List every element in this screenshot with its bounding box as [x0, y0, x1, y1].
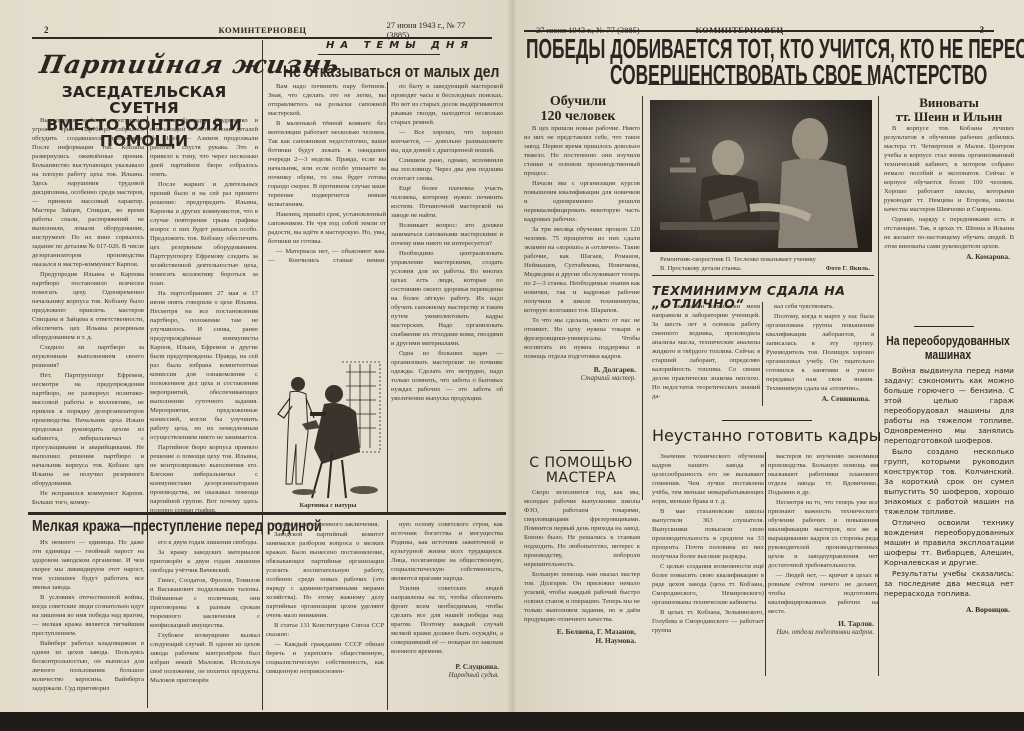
author-signature: В. Долгарев.	[524, 365, 640, 374]
paragraph: — Каждый гражданин СССР обязан беречь и …	[266, 640, 384, 676]
paragraph: Одна из больших задач — организовать мас…	[391, 349, 503, 403]
article-separator	[914, 326, 974, 327]
author-signature-line-2: Н. Наумова.	[524, 636, 640, 645]
caption-line: Ремонтник-скоростник П. Тесленко показыв…	[660, 256, 870, 265]
paragraph: В условиях отечественной войны, когда со…	[32, 593, 144, 638]
headline-line: На переоборудованных	[884, 334, 1012, 348]
article3-column-2: его к двум годам лишения свободы. За кра…	[150, 538, 260, 710]
paragraph: В цех пришли новые рабочие. Никто из них…	[524, 124, 640, 178]
paragraph: мастеров по изучению экономики производс…	[768, 452, 878, 497]
column-divider	[765, 452, 766, 676]
article4-column-1: Значение технического обучения кадров на…	[652, 452, 764, 710]
page-3: 27 июня 1943 г., № 77 (3885) КОМИНТЕРНОВ…	[512, 0, 1024, 712]
page-2: 2 КОМИНТЕРНОВЕЦ 27 июня 1943 г., № 77 (3…	[0, 0, 512, 712]
column-divider	[387, 520, 388, 710]
article3-headline: С ПОМОЩЬЮ МАСТЕРА	[522, 456, 640, 485]
article5-headline: Виноваты тт. Шеин и Ильин	[882, 96, 1016, 125]
author-signature: А. Сенникова.	[766, 394, 874, 403]
paragraph: — Материала нет, — объясняют вам. — Конч…	[268, 247, 386, 262]
section-rule	[28, 512, 506, 515]
column-divider	[878, 96, 879, 676]
paragraph: За три месяца обучение прошло 120 челове…	[524, 225, 640, 315]
article1-headline: Обучили 120 человек	[522, 94, 634, 125]
article6-headline: На переоборудованных машинах	[884, 334, 1012, 362]
paragraph: Скоро исполнится год, как мы, молодые ра…	[524, 488, 640, 569]
headline-line: МАСТЕРА	[522, 471, 640, 486]
column-divider	[262, 520, 263, 710]
paragraph: вал себя чувствовать.	[766, 302, 874, 311]
column-divider	[642, 96, 643, 500]
article2-column-2: по быту и заведующий мастерской проводят…	[391, 82, 503, 514]
rubric-label: НА ТЕМЫ ДНЯ	[326, 40, 474, 51]
paragraph: Наконец, пришёл срок, установленный сапо…	[268, 210, 386, 246]
paragraph: Вайнберг работал кладовщиком в одном из …	[32, 639, 144, 693]
column-divider	[147, 538, 148, 708]
article4-headline: Неустанно готовить кадры	[652, 428, 876, 445]
author-signature-line-1: Е. Беляева, Г. Мазанов,	[524, 627, 640, 636]
headline-line: Обучили	[522, 94, 634, 109]
paragraph: В корпусе тов. Кобзана лучших результато…	[884, 124, 1014, 214]
author-signature: А. Воронцов.	[884, 605, 1014, 615]
rubric-rule	[318, 54, 440, 55]
banner-line-2: СОВЕРШЕНСТВОВАТЬ СВОЕ МАСТЕРСТВО	[610, 60, 987, 90]
article3-column-4: ную основу советского строя, как источни…	[391, 520, 503, 710]
paragraph: В цехах тт. Кобзана, Зельвинского, Голуб…	[652, 608, 764, 635]
illustration-caption: Картинка с натуры	[272, 502, 384, 511]
banner-underline	[648, 84, 874, 85]
paragraph: по быту и заведующий мастерской проводят…	[391, 82, 503, 127]
paragraph: Поэтому, когда в марте у нас была органи…	[766, 312, 874, 393]
paragraph: Слишком рано, однако, вспомнили вы посло…	[391, 156, 503, 183]
paragraph: Большую помощь нам оказал мастер тов. До…	[524, 570, 640, 624]
paragraph: Вам надо починить пару ботинок. Зная, чт…	[268, 82, 386, 118]
paragraph: Было создано несколько групп, которыми р…	[884, 447, 1014, 517]
paragraph: Начали мы с организации курсов повышения…	[524, 179, 640, 224]
paragraph: ную основу советского строя, как источни…	[391, 520, 503, 583]
article4-column-2: мастеров по изучению экономики производс…	[768, 452, 878, 710]
paragraph: По окончании семилетки меня направили в …	[652, 302, 760, 401]
author-title: Народный судья.	[391, 671, 503, 680]
newspaper-spread: 2 КОМИНТЕРНОВЕЦ 27 июня 1943 г., № 77 (3…	[0, 0, 1024, 712]
paragraph: Нет. Партгруппорг Ефремов, несмотря на п…	[32, 371, 144, 488]
paragraph: нисты бригадир Подрезенко и отвечающий з…	[150, 116, 258, 179]
paragraph: Несмотря на то, что теперь уже все призн…	[768, 498, 878, 570]
paragraph: На партсобраниях 27 мая и 17 июня опять …	[150, 289, 258, 442]
article5-body: В корпусе тов. Кобзана лучших результато…	[884, 124, 1014, 322]
photo-credit: Фото Г. Якиль.	[826, 265, 870, 274]
photo-workers-icon	[650, 100, 872, 252]
paragraph: Выполнению майской программы угрожал сры…	[32, 116, 144, 269]
paragraph: Заводской партийный комитет занимался ра…	[266, 530, 384, 620]
paragraph: То что мы сделали, никто от нас не отним…	[524, 316, 640, 361]
paragraph: В мае стахановские школы выпустили 363 с…	[652, 507, 764, 561]
headline-line: машинах	[884, 348, 1012, 362]
masthead-rule	[524, 30, 994, 32]
paragraph: Глубокое возмущение вызвал следующий слу…	[150, 631, 260, 685]
paragraph: Отлично освоили технику вождения переобо…	[884, 518, 1014, 568]
masthead-rule	[32, 37, 492, 39]
paragraph: В статье 131 Конституции Союза ССР сказа…	[266, 621, 384, 639]
article3-body: Скоро исполнится год, как мы, молодые ра…	[524, 488, 640, 710]
paragraph: Следило ли партбюро за неуклонным выполн…	[32, 343, 144, 370]
headline-line: Виноваты	[882, 96, 1016, 110]
news-photo	[650, 100, 872, 252]
article1-body: В цех пришли новые рабочие. Никто из них…	[524, 124, 640, 450]
paragraph: Возникает вопрос: кто должен заниматься …	[391, 221, 503, 248]
column-divider	[762, 302, 763, 406]
paragraph: Однако, наряду с передовиками есть и отс…	[884, 215, 1014, 251]
photo-caption: Ремонтник-скоростник П. Тесленко показыв…	[660, 256, 870, 273]
newspaper-name: КОМИНТЕРНОВЕЦ	[219, 25, 307, 35]
author-signature: Р. Слуцкина.	[391, 662, 503, 671]
article6-body: Война выдвинула перед нами задачу: сэкон…	[884, 366, 1014, 686]
article-separator	[722, 420, 812, 421]
paragraph: Гинес, Солдатов, Фролов, Томилов и Васьк…	[150, 576, 260, 630]
column-divider	[387, 82, 388, 514]
photo-rule	[652, 275, 874, 276]
article2-column-1: Вам надо починить пару ботинок. Зная, чт…	[268, 82, 386, 262]
paragraph: Их немного — единицы. Но даже эти единиц…	[32, 538, 144, 592]
headline-line: ЗАСЕДАТЕЛЬСКАЯ СУЕТНЯ	[30, 84, 258, 117]
masthead-left: 2 КОМИНТЕРНОВЕЦ 27 июня 1943 г., № 77 (3…	[44, 24, 484, 36]
author-signature: И. Тарлов.	[768, 619, 878, 628]
paragraph: Усилия советских людей направлены на то,…	[391, 584, 503, 656]
paragraph: Предупредив Ильина и Карпова партбюро по…	[32, 270, 144, 342]
page-number: 2	[44, 25, 49, 35]
article3-column-3: к двум годам тюремного заключения. Завод…	[266, 520, 384, 710]
paragraph: к двум годам тюремного заключения.	[266, 520, 384, 529]
article-separator	[560, 450, 604, 451]
paragraph: его к двум годам лишения свободы.	[150, 538, 260, 547]
paragraph: — Людей нет, — кричат в цехах и ровным с…	[768, 571, 878, 616]
article2-headline: Не отказываться от малых дел	[283, 62, 499, 82]
scan-background	[0, 712, 1024, 731]
paragraph: — Все хорошо, что хорошо кончается, — до…	[391, 128, 503, 155]
paragraph: За кражу заводских материалов приговорён…	[150, 548, 260, 575]
headline-line: тт. Шеин и Ильин	[882, 110, 1016, 124]
paragraph: Необходимо централизовать управление мас…	[391, 249, 503, 348]
article3-column-1: Их немного — единицы. Но даже эти единиц…	[32, 538, 144, 710]
paragraph: Результаты учебы сказались: за последние…	[884, 569, 1014, 599]
paragraph: Значение технического обучения кадров на…	[652, 452, 764, 506]
headline-line: 120 человек	[522, 109, 634, 124]
author-signature: А. Комарова.	[884, 252, 1014, 261]
shoemaker-illustration	[272, 352, 384, 504]
caption-line: В. Простакову детали станка.	[660, 265, 742, 274]
paragraph: Не исправился коммунист Карпов. Больше т…	[32, 489, 144, 507]
article2-column-1: По окончании семилетки меня направили в …	[652, 302, 760, 410]
paragraph: В маленькой тёмной комнате без вентиляци…	[268, 119, 386, 209]
paragraph: Ещё более плачевна участь человека, кото…	[391, 184, 503, 220]
article2-column-2: вал себя чувствовать. Поэтому, когда в м…	[766, 302, 874, 410]
paragraph: После жарких и длительных прений было и …	[150, 180, 258, 288]
paragraph: Партийное бюро корпуса приняло решение о…	[150, 443, 258, 515]
paragraph: С целью создания возможности ещё более п…	[652, 562, 764, 607]
page-fold	[508, 0, 516, 712]
author-title: Нач. отдела подготовки кадров.	[768, 628, 878, 637]
author-title: Старший мастер.	[524, 374, 640, 383]
headline-line: С ПОМОЩЬЮ	[522, 456, 640, 471]
paragraph: Война выдвинула перед нами задачу: сэкон…	[884, 366, 1014, 446]
